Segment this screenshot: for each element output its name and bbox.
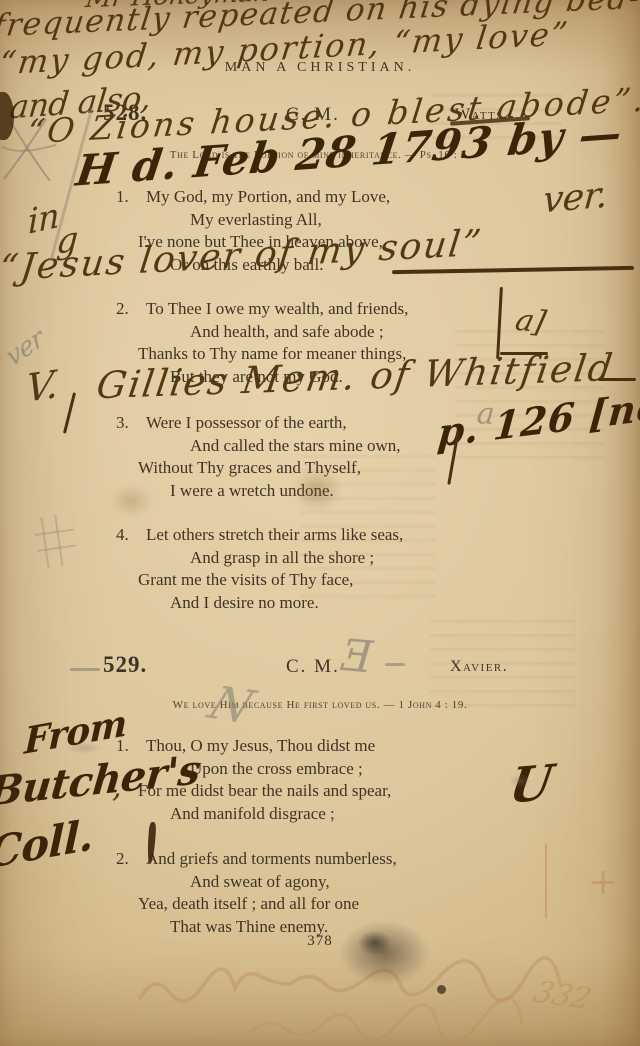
- gillies-trailing-dash-stroke: [598, 378, 636, 381]
- verse-line: And griefs and torments numberless,: [146, 849, 397, 868]
- verse-line: And sweat of agony,: [190, 871, 397, 894]
- faded-vertical-stroke: [545, 843, 547, 919]
- jesus-trailing-dash-stroke: [392, 266, 634, 274]
- hash-stroke: [35, 528, 75, 536]
- hymn-528-verse-3: 3.Were I possessor of the earth, And cal…: [116, 412, 401, 502]
- verse-number: 2.: [116, 298, 146, 321]
- verse-line: Without Thy graces and Thyself,: [138, 457, 401, 480]
- verse-line: Let others stretch their arms like seas,: [146, 525, 403, 544]
- verse-line: My God, my Portion, and my Love,: [146, 187, 390, 206]
- hash-stroke: [40, 517, 49, 569]
- bleedthrough-writing: [130, 938, 630, 1046]
- annotation-comma: ,: [112, 770, 121, 805]
- pencil-hash-doodle: [32, 512, 81, 571]
- hymnal-scanned-page: MAN A CHRISTIAN. 528. C. M. Watts. The L…: [0, 0, 640, 1046]
- pencil-dash-stroke: [385, 663, 405, 666]
- annotation-pencil-a: a: [476, 396, 496, 432]
- verse-line: And health, and safe abode ;: [190, 321, 408, 344]
- hash-stroke: [54, 515, 63, 567]
- verse3-slash-stroke: [63, 392, 76, 433]
- margin-vertical-stroke: [496, 287, 503, 359]
- verse-line: To Thee I owe my wealth, and friends,: [146, 299, 408, 318]
- verse-number: 2.: [116, 848, 146, 871]
- verse-line: I were a wretch undone.: [170, 480, 401, 503]
- annotation-date-ver: ver.: [541, 174, 609, 221]
- hymn-529-number: 529.: [103, 652, 147, 678]
- annotation-u-mark: U: [506, 754, 556, 815]
- hash-stroke: [37, 544, 77, 552]
- hymn-529-verse-2: 2.And griefs and torments numberless, An…: [116, 848, 397, 938]
- annotation-faded-plus: +: [588, 862, 618, 903]
- hymn-528-verse-4: 4.Let others stretch their arms like sea…: [116, 524, 403, 614]
- verse-line: And grasp in all the shore ;: [190, 547, 403, 570]
- annotation-coll: Coll.: [0, 810, 94, 878]
- verse-line: My everlasting All,: [190, 209, 390, 232]
- annotation-margin-in: in: [28, 195, 59, 243]
- verse-line: And called the stars mine own,: [190, 435, 401, 458]
- verse-number: 4.: [116, 524, 146, 547]
- verse-line: That was Thine enemy.: [170, 916, 397, 939]
- verse-line: And I desire no more.: [170, 592, 403, 615]
- verse-line: Yea, death itself ; and all for one: [138, 893, 397, 916]
- verse-line: Grant me the visits of Thy face,: [138, 569, 403, 592]
- hymn-529-meter: C. M.: [286, 656, 340, 678]
- annotation-a-bracket: a]: [512, 303, 548, 340]
- verse-line: And manifold disgrace ;: [170, 803, 391, 826]
- hymn-529-author: Xavier.: [450, 658, 508, 676]
- verse-line: Upon the cross embrace ;: [190, 758, 391, 781]
- pencil-dash-529-stroke: [70, 668, 100, 671]
- verse-number: 3.: [116, 412, 146, 435]
- annotation-gillies-v: V.: [25, 362, 60, 411]
- verse-line: Were I possessor of the earth,: [146, 413, 347, 432]
- annotation-from: From: [24, 702, 128, 763]
- annotation-pencil-glyph: Ǝ: [340, 630, 376, 684]
- pencil-doodle-flower: [0, 115, 60, 185]
